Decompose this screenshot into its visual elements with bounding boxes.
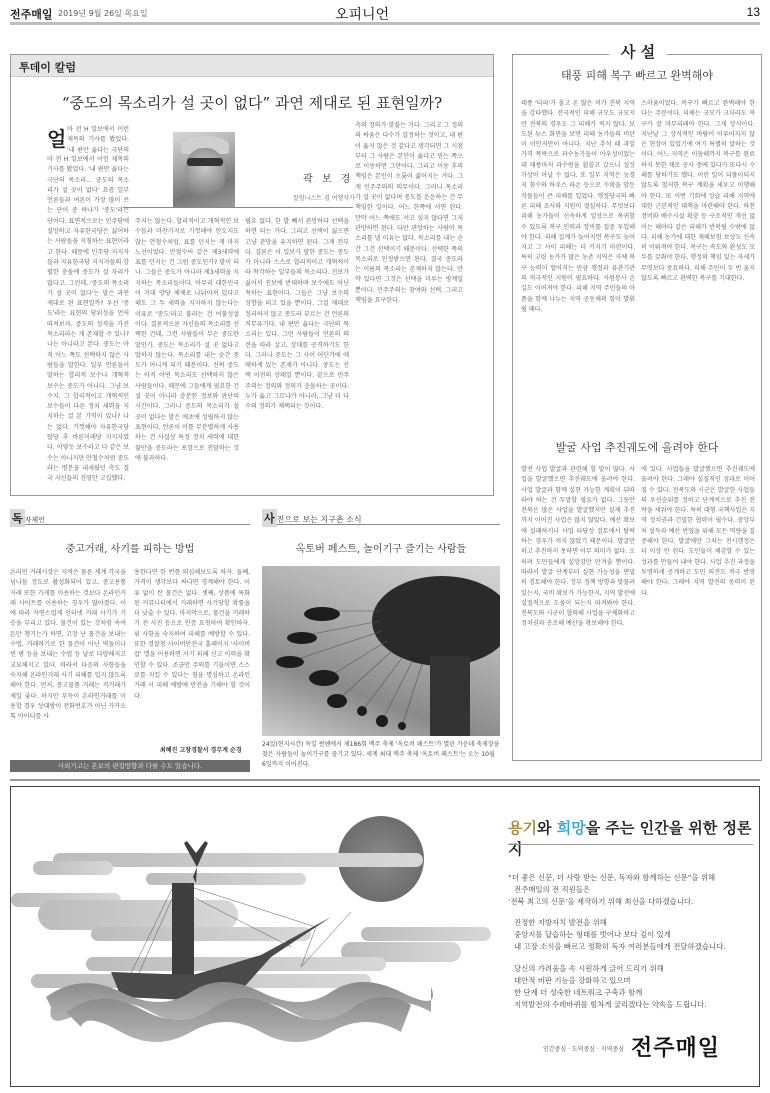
ad-line: 한 단계 더 성숙한 네트워크 구축과 함께: [514, 987, 707, 999]
contributor-notice: 사외기고는 본보의 편집방향과 다를 수도 있습니다.: [10, 760, 250, 772]
ad-line: 내 고장 소식을 빠르고 정확히 독자 여러분들에게 전달하겠습니다.: [514, 941, 726, 953]
drop-cap: 얼: [47, 123, 66, 152]
editorial-1-col-2: 스러움이었다. 복구가 빠르고 완벽해야 한다는 주문이다. 피해는 규모가 크…: [641, 99, 755, 417]
ad-paragraph-1: “더 좋은 신문, 더 사랑 받는 신문, 독자와 함께하는 신문”을 위해 전…: [508, 872, 715, 908]
author-name: 곽 보 경: [303, 170, 353, 185]
column-text-4: 측의 정의가 맞붙는 거다. 그리고 그 정의의 싸움은 다수가 결정하는 것이…: [355, 121, 463, 487]
newspaper-ad: 용기와 희망을 주는 인간을 위한 정론지 “더 좋은 신문, 더 사랑 받는 …: [10, 786, 760, 1087]
ad-line: “더 좋은 신문, 더 사랑 받는 신문, 독자와 함께하는 신문”을 위해: [508, 872, 715, 884]
editorial-header: 사 설: [512, 41, 764, 62]
ad-paragraph-2: 진정한 지방자치 발전을 위해 중앙지를 답습하는 형태를 벗어나 보다 깊이 …: [508, 917, 726, 953]
ad-line: 당신의 가려움을 속 시원하게 긁어 드리기 위해: [514, 963, 707, 975]
paper-logo: 전주매일: [10, 6, 53, 22]
reader-column-header: 독자제언: [10, 507, 250, 525]
ad-divider: [10, 779, 760, 781]
editorial-1-col-1: 태풍 '타파'가 몰고 온 많은 비가 전북 지역을 강타했다. 전국적인 피해…: [521, 99, 635, 417]
today-column-label: 투데이 칼럼: [19, 59, 76, 75]
ad-line: 진정한 지방자치 발전을 위해: [514, 917, 726, 929]
editorial-2-col-2: 에 있다. 사업들을 발굴했으면 추진궤도에 올려야 한다. 그래야 실질적인 …: [641, 465, 755, 755]
ad-line: 중앙지를 답습하는 형태를 벗어나 보다 깊이 있게: [514, 929, 726, 941]
author-photo: [173, 132, 235, 207]
editorial-2-col-1: 발전 사업 발굴과 관련해 할 말이 많다. 사업을 발굴했으면 추진궤도에 올…: [521, 465, 635, 755]
today-column-title: “중도의 목소리가 설 곳이 없다” 과연 제대로 된 표현일까?: [11, 92, 493, 113]
ad-paragraph-3: 당신의 가려움을 속 시원하게 긁어 드리기 위해 대안적 비판 기능을 강화하…: [508, 963, 707, 1011]
page-number: 13: [747, 5, 760, 19]
column-text-2: 주지는 않는다. 합리적이고 개혁적인 보수들과 마찬가지로 기껏해야 안도지도…: [135, 217, 239, 487]
editorial-2-title: 발굴 사업 추진궤도에 올려야 한다: [513, 439, 761, 455]
today-column-bar: 투데이 칼럼: [11, 55, 493, 77]
reader-column-signature: 최혜진 고창경찰서 경무계 순경: [160, 745, 242, 754]
reader-column-col-2: 용한다면 한 번쯤 의심해보도록 하자. 둘째, 가격이 생각보다 싸다면 경계…: [134, 568, 250, 744]
photo-face-shape: [185, 148, 225, 196]
byline-divider: [123, 207, 353, 208]
photo-glasses-shape: [187, 158, 223, 166]
issue-date: 2019년 9월 26일 목요일: [58, 8, 148, 19]
swing-ride-illustration: [262, 566, 500, 736]
ad-slogan: 용기와 희망을 주는 인간을 위한 정론지: [508, 817, 759, 859]
ad-line: 전주매일의 전 직원들은: [508, 884, 715, 896]
slogan-courage: 용기: [508, 819, 537, 837]
photo-news-header: 사진으로 보는 지구촌 소식: [262, 507, 500, 525]
author-role: 칼럼니스트 겸 여행작가: [293, 193, 355, 202]
ad-line: 지역발전의 수레바퀴를 힘차게 굴리겠다는 약속을 드립니다.: [514, 999, 707, 1011]
photo-news-title: 옥토버 페스트, 놀이기구 즐기는 사람들: [262, 540, 500, 555]
editorial-1-title: 태풍 피해 복구 빠르고 완벽해야: [513, 67, 761, 83]
column-text-1: 마 전 H 일보에서 이런 제목의 기사를 봤었다. '내 편만 옳다는 극단의…: [47, 155, 129, 485]
section-name: 오피니언: [335, 4, 389, 24]
slogan-connector: 와: [537, 819, 557, 837]
page-header: 전주매일 2019년 9월 26일 목요일 오피니언 13: [10, 4, 760, 22]
column-text-3: 필요 없다. 한 발 빼서 관망하다 선택을 하면 되는 거다. 그리고 선택이…: [245, 217, 349, 487]
reader-column-col-1: 온라인 거래시장은 지역은 물론 세계 각국을 넘나들 정도로 활성화되어 있고…: [10, 568, 126, 756]
editorial-section: 사 설 태풍 피해 복구 빠르고 완벽해야 태풍 '타파'가 몰고 온 많은 비…: [512, 54, 762, 761]
editorial-label: 사 설: [609, 43, 667, 61]
today-column: 투데이 칼럼 “중도의 목소리가 설 곳이 없다” 과연 제대로 된 표현일까?…: [10, 54, 494, 496]
ad-line: ‘전북 최고의 신문’을 제작하기 위해 최선을 다하겠습니다.: [508, 896, 715, 908]
ad-line: 대안적 비판 기능을 강화하고 있으며: [514, 975, 707, 987]
ad-motto: 인간중심 · 도덕중심 · 지역중심: [543, 1044, 624, 1053]
ad-paper-logo: 전주매일: [631, 1031, 720, 1062]
slogan-hope: 희망: [557, 819, 586, 837]
oktoberfest-photo: [262, 566, 500, 736]
reader-column-cap: 독: [10, 509, 25, 527]
photo-news-cap: 사: [262, 509, 277, 527]
header-divider: [10, 22, 760, 25]
ship-illustration: [11, 787, 491, 1088]
photo-news-label: 진으로 보는 지구촌 소식: [277, 515, 362, 524]
column-text-lead: 마 전 H 일보에서 이런 제목의 기사를 봤었다. '내 편만 옳다는 극단의…: [67, 125, 129, 155]
reader-column-label: 자제언: [25, 516, 45, 524]
slogan-divider: [508, 844, 753, 845]
reader-column-title: 중고거래, 사기를 피하는 방법: [10, 540, 250, 555]
photo-news-caption: 24일(현지시간) 독일 뮌헨에서 제186회 맥주 축제 '옥토버 페스트'가…: [262, 740, 500, 770]
